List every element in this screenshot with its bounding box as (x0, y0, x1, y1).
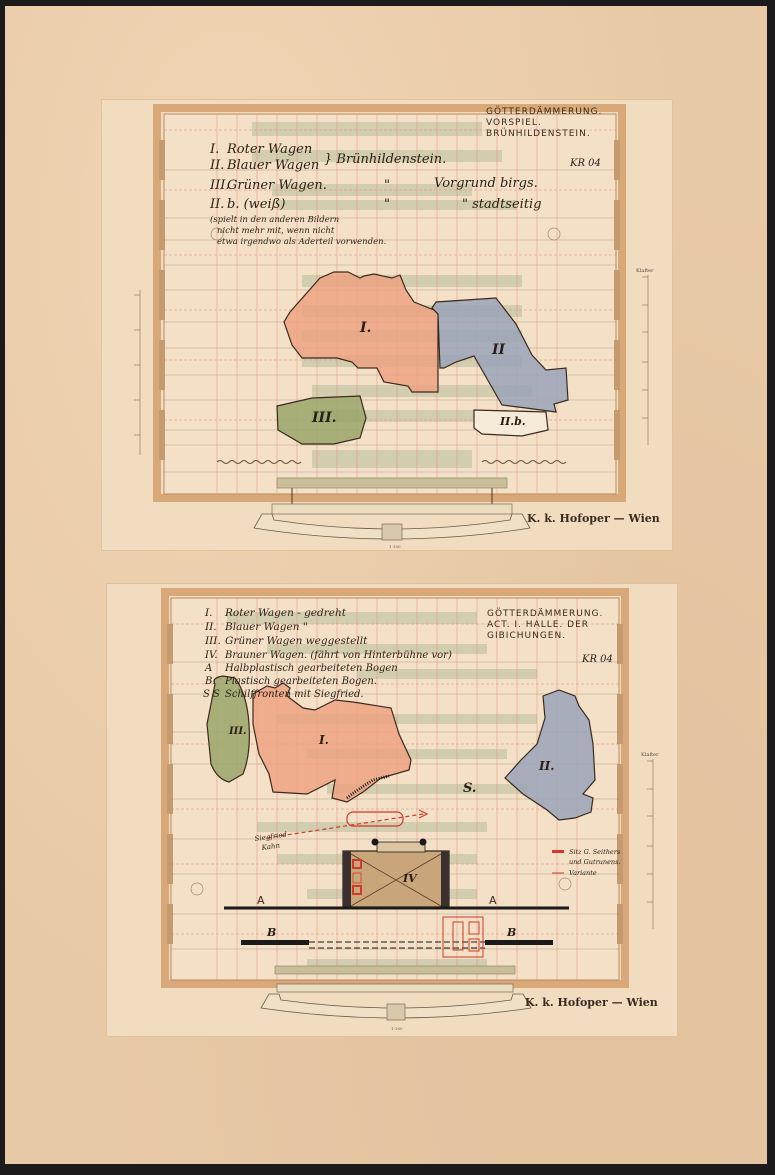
legend-text-2: Blauer Wagen (226, 158, 319, 173)
side-note-3: Variante (569, 869, 597, 877)
side-note-2: und Gutrunens. (569, 858, 621, 866)
scale-bar-klafter: Klafter (636, 268, 654, 445)
legend-text-4: b. (weiß) (227, 197, 285, 212)
mounting-board: I. II III. II.b. 1:100 K. k. Hofoper — W… (5, 6, 767, 1164)
legend-num-7: S S (203, 689, 220, 700)
legend-text-7: Schilffronten mit Siegfried. (225, 689, 364, 700)
legend-num-3: III. (204, 635, 221, 647)
legend-text-3: Grüner Wagen. (227, 178, 327, 193)
label-wagon-iv: IV (402, 872, 418, 885)
title-line-3: BRÜNHILDENSTEIN. (486, 128, 591, 139)
plate-act1-gibichungen: IV A A B B Siegfried Kahn S. (107, 584, 677, 1036)
ditto-2: " (384, 197, 390, 212)
side-note-1: Sitz G. Seithers (569, 848, 621, 856)
credit-hofoper: K. k. Hofoper — Wien (527, 512, 660, 525)
legend-num-4: IV. (204, 650, 218, 661)
label-wagon-ii: II. (538, 759, 554, 773)
location-1: Vorgrund birgs. (434, 176, 538, 191)
proscenium-apron (261, 966, 531, 1020)
label-arch-b-right: B (506, 926, 516, 939)
stage-plan-vorspiel: I. II III. II.b. 1:100 K. k. Hofoper — W… (102, 100, 672, 550)
label-reed-s: S. (463, 781, 476, 796)
scale-label: Klafter (636, 268, 654, 274)
credit-hofoper: K. k. Hofoper — Wien (525, 996, 658, 1009)
note-line-3: etwa irgendwo als Aderteil vorwenden. (217, 237, 386, 247)
legend-num-4: II. (209, 197, 224, 212)
brace-note: } Brünhildenstein. (324, 152, 446, 167)
scale-bar-klafter: Klafter (641, 752, 659, 929)
proscenium-apron (254, 478, 530, 540)
legend-text-5: Halbplastisch gearbeiteten Bogen (224, 663, 398, 674)
note-line-2: nicht mehr mit, wenn nicht (217, 226, 335, 236)
label-wagon-iii: III. (228, 726, 247, 737)
legend-num-1: I. (204, 607, 213, 619)
legend-num-1: I. (209, 142, 219, 157)
legend-text-3: Grüner Wagen weggestellt (225, 635, 368, 647)
ditto-1: " (384, 178, 390, 193)
legend-text-1: Roter Wagen (226, 142, 312, 157)
label-arch-a-left: A (257, 894, 266, 907)
title-line-2: ACT. I. HALLE. DER (487, 620, 589, 630)
legend-num-6: B. (204, 676, 216, 687)
legend-num-2: II. (209, 158, 224, 173)
title-line-2: VORSPIEL. (486, 118, 542, 128)
legend-text-2: Blauer Wagen " (224, 621, 308, 633)
title-line-3: GIBICHUNGEN. (487, 631, 566, 641)
label-arch-b-left: B (266, 926, 276, 939)
label-wagon-ii: II (491, 342, 506, 358)
stage-plan-act1: IV A A B B Siegfried Kahn S. (107, 584, 677, 1036)
legend-num-5: A (204, 663, 212, 674)
scale-ratio: 1:100 (389, 544, 401, 549)
title-line-1: GÖTTERDÄMMERUNG. (486, 106, 602, 117)
label-wagon-i: I. (318, 733, 329, 747)
scale-label: Klafter (641, 752, 659, 758)
legend-text-1: Roter Wagen - gedreht (224, 607, 347, 619)
title-line-1: GÖTTERDÄMMERUNG. (487, 608, 603, 619)
monogram: KR 04 (581, 654, 613, 665)
plate-vorspiel: I. II III. II.b. 1:100 K. k. Hofoper — W… (102, 100, 672, 550)
label-wagon-iii: III. (311, 410, 337, 426)
label-wagon-i: I. (359, 320, 371, 336)
monogram: KR 04 (569, 158, 601, 169)
label-wagon-iib: II.b. (499, 415, 526, 428)
note-line-1: (spielt in den anderen Bildern (210, 214, 339, 225)
location-2: " stadtseitig (462, 197, 542, 212)
scale-bar-left (134, 290, 140, 455)
legend-num-2: II. (204, 621, 217, 633)
legend-text-4: Brauner Wagen. (fährt von Hinterbühne vo… (224, 650, 452, 661)
label-arch-a-right: A (489, 894, 498, 907)
legend-text-6: Plastisch gearbeiteten Bogen. (224, 676, 377, 687)
scale-ratio: 1:100 (391, 1026, 403, 1031)
